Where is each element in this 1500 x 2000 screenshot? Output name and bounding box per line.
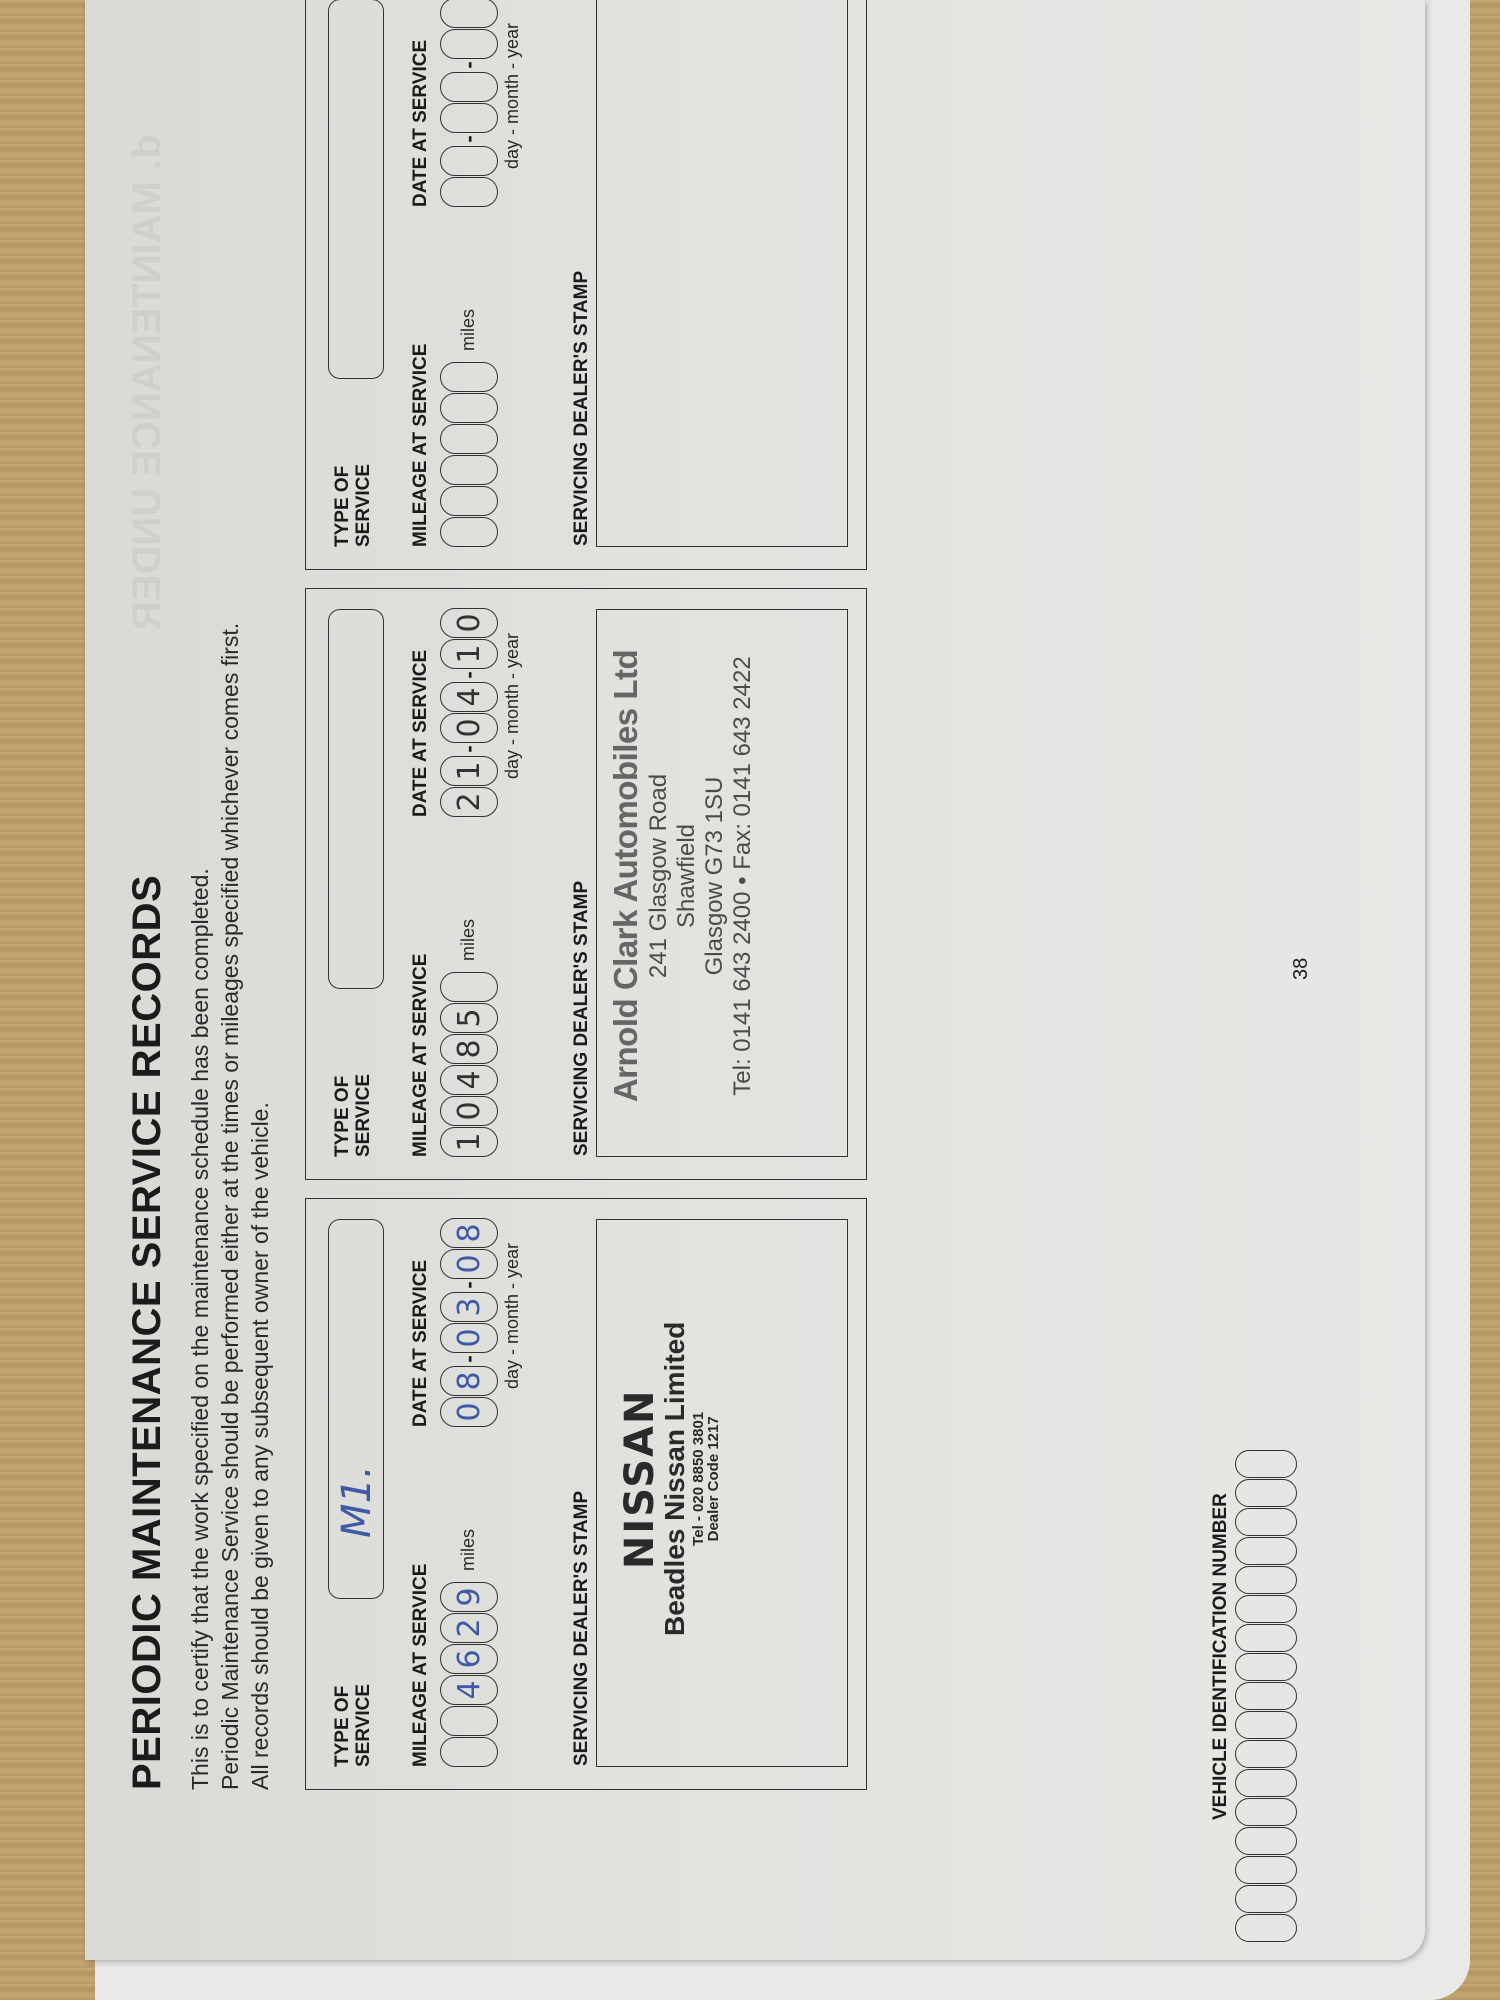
date-separator: - bbox=[440, 133, 498, 145]
date-format-hint: day - month - year bbox=[502, 633, 523, 779]
mileage-digit-boxes: 10485 bbox=[440, 971, 498, 1157]
vin-character-box[interactable] bbox=[1235, 1566, 1297, 1594]
nissan-dealer-stamp: NISSANBeadles Nissan LimitedTel - 020 88… bbox=[617, 1322, 721, 1636]
service-record: TYPE OF SERVICEMILEAGE AT SERVICEDATE AT… bbox=[305, 0, 867, 570]
date-digit[interactable] bbox=[440, 72, 498, 102]
mileage-digit-boxes bbox=[440, 361, 498, 547]
date-format-hint: day - month - year bbox=[502, 23, 523, 169]
vin-input-boxes bbox=[1235, 1449, 1297, 1942]
date-digit[interactable] bbox=[440, 29, 498, 59]
date-digit[interactable] bbox=[440, 103, 498, 133]
type-of-service-label: TYPE OF SERVICE bbox=[332, 1074, 374, 1157]
mileage-digit[interactable] bbox=[440, 362, 498, 392]
mileage-digit[interactable] bbox=[440, 455, 498, 485]
rotated-content: PERIODIC MAINTENANCE SERVICE RECORDS d. … bbox=[85, 0, 1425, 1960]
mileage-digit[interactable] bbox=[440, 424, 498, 454]
vin-character-box[interactable] bbox=[1235, 1798, 1297, 1826]
date-digit[interactable]: 0 bbox=[440, 1397, 498, 1427]
mileage-digit[interactable]: 2 bbox=[440, 1613, 498, 1643]
dealer-stamp-label: SERVICING DEALER'S STAMP bbox=[571, 1491, 593, 1766]
mileage-digit[interactable] bbox=[440, 972, 498, 1002]
bleed-through-title: d. MAINTENANCE UNDER bbox=[125, 134, 170, 630]
date-separator: - bbox=[440, 59, 498, 71]
miles-unit: miles bbox=[458, 919, 479, 961]
page-number: 38 bbox=[1290, 958, 1313, 980]
dealer-stamp-box: SERVICING DEALER'S STAMPNISSANBeadles Ni… bbox=[596, 1219, 848, 1767]
date-label: DATE AT SERVICE bbox=[410, 1260, 431, 1427]
mileage-digit[interactable] bbox=[440, 393, 498, 423]
date-separator: - bbox=[440, 1279, 498, 1291]
dealer-phone: Tel - 020 8850 3801 bbox=[691, 1322, 706, 1636]
date-label: DATE AT SERVICE bbox=[410, 40, 431, 207]
vin-character-box[interactable] bbox=[1235, 1624, 1297, 1652]
service-record: TYPE OF SERVICEM1.MILEAGE AT SERVICEDATE… bbox=[305, 1198, 867, 1790]
type-of-service-label: TYPE OF SERVICE bbox=[332, 464, 374, 547]
dealer-name: Arnold Clark Automobiles Ltd bbox=[607, 616, 645, 1136]
vin-character-box[interactable] bbox=[1235, 1740, 1297, 1768]
vin-character-box[interactable] bbox=[1235, 1508, 1297, 1536]
page-title: PERIODIC MAINTENANCE SERVICE RECORDS bbox=[125, 875, 170, 1790]
mileage-label: MILEAGE AT SERVICE bbox=[410, 344, 431, 547]
intro-text: This is to certify that the work specifi… bbox=[185, 623, 275, 1790]
dealer-stamp-label: SERVICING DEALER'S STAMP bbox=[571, 271, 593, 546]
mileage-digit[interactable] bbox=[440, 1706, 498, 1736]
dealer-address-line: Shawfield bbox=[673, 616, 701, 1136]
mileage-digit[interactable]: 6 bbox=[440, 1644, 498, 1674]
vin-character-box[interactable] bbox=[1235, 1827, 1297, 1855]
vin-character-box[interactable] bbox=[1235, 1914, 1297, 1942]
dealer-name: Beadles Nissan Limited bbox=[659, 1322, 691, 1636]
date-digit[interactable] bbox=[440, 146, 498, 176]
mileage-digit[interactable]: 1 bbox=[440, 1127, 498, 1157]
date-digit[interactable]: 0 bbox=[440, 713, 498, 743]
date-digit-boxes: 21-04-10 bbox=[440, 607, 498, 817]
vin-character-box[interactable] bbox=[1235, 1595, 1297, 1623]
dealer-address-line: Tel: 0141 643 2400 • Fax: 0141 643 2422 bbox=[729, 616, 757, 1136]
date-digit[interactable]: 2 bbox=[440, 787, 498, 817]
date-digit[interactable]: 4 bbox=[440, 682, 498, 712]
date-digit[interactable]: 0 bbox=[440, 608, 498, 638]
dealer-stamp-box: SERVICING DEALER'S STAMPArnold Clark Aut… bbox=[596, 609, 848, 1157]
mileage-digit-boxes: 4629 bbox=[440, 1581, 498, 1767]
service-record: TYPE OF SERVICEMILEAGE AT SERVICEDATE AT… bbox=[305, 588, 867, 1180]
date-digit[interactable]: 0 bbox=[440, 1323, 498, 1353]
date-digit[interactable]: 8 bbox=[440, 1218, 498, 1248]
dealer-stamp-label: SERVICING DEALER'S STAMP bbox=[571, 881, 593, 1156]
mileage-digit[interactable] bbox=[440, 1737, 498, 1767]
date-digit[interactable]: 1 bbox=[440, 639, 498, 669]
mileage-digit[interactable]: 0 bbox=[440, 1096, 498, 1126]
type-of-service-field[interactable]: M1. bbox=[328, 1219, 384, 1599]
mileage-digit[interactable]: 8 bbox=[440, 1034, 498, 1064]
date-separator: - bbox=[440, 1353, 498, 1365]
type-of-service-label: TYPE OF SERVICE bbox=[332, 1684, 374, 1767]
date-digit[interactable]: 8 bbox=[440, 1366, 498, 1396]
type-of-service-field[interactable] bbox=[328, 609, 384, 989]
date-digit[interactable] bbox=[440, 177, 498, 207]
date-digit[interactable] bbox=[440, 0, 498, 28]
vin-character-box[interactable] bbox=[1235, 1653, 1297, 1681]
miles-unit: miles bbox=[458, 1529, 479, 1571]
mileage-digit[interactable]: 9 bbox=[440, 1582, 498, 1612]
miles-unit: miles bbox=[458, 309, 479, 351]
mileage-digit[interactable]: 4 bbox=[440, 1675, 498, 1705]
date-separator: - bbox=[440, 743, 498, 755]
mileage-digit[interactable] bbox=[440, 486, 498, 516]
vin-character-box[interactable] bbox=[1235, 1682, 1297, 1710]
dealer-address-line: Glasgow G73 1SU bbox=[701, 616, 729, 1136]
dealer-stamp-box: SERVICING DEALER'S STAMP bbox=[596, 0, 848, 547]
vin-character-box[interactable] bbox=[1235, 1479, 1297, 1507]
dealer-code: Dealer Code 1217 bbox=[706, 1322, 721, 1636]
vin-character-box[interactable] bbox=[1235, 1856, 1297, 1884]
type-of-service-field[interactable] bbox=[328, 0, 384, 379]
vin-label: VEHICLE IDENTIFICATION NUMBER bbox=[1210, 1493, 1232, 1820]
nissan-logo: NISSAN bbox=[617, 1322, 663, 1636]
vin-character-box[interactable] bbox=[1235, 1769, 1297, 1797]
date-digit[interactable]: 0 bbox=[440, 1249, 498, 1279]
mileage-label: MILEAGE AT SERVICE bbox=[410, 1564, 431, 1767]
mileage-digit[interactable]: 4 bbox=[440, 1065, 498, 1095]
date-digit-boxes: 08-03-08 bbox=[440, 1217, 498, 1427]
dealer-address-line: 241 Glasgow Road bbox=[645, 616, 673, 1136]
vin-character-box[interactable] bbox=[1235, 1885, 1297, 1913]
mileage-digit[interactable] bbox=[440, 517, 498, 547]
date-label: DATE AT SERVICE bbox=[410, 650, 431, 817]
date-digit[interactable]: 3 bbox=[440, 1292, 498, 1322]
date-separator: - bbox=[440, 669, 498, 681]
date-digit-boxes: -- bbox=[440, 0, 498, 207]
vin-character-box[interactable] bbox=[1235, 1711, 1297, 1739]
booklet-page: PERIODIC MAINTENANCE SERVICE RECORDS d. … bbox=[85, 0, 1425, 1960]
date-format-hint: day - month - year bbox=[502, 1243, 523, 1389]
date-digit[interactable]: 1 bbox=[440, 756, 498, 786]
mileage-digit[interactable]: 5 bbox=[440, 1003, 498, 1033]
mileage-label: MILEAGE AT SERVICE bbox=[410, 954, 431, 1157]
vin-character-box[interactable] bbox=[1235, 1450, 1297, 1478]
arnold-clark-dealer-stamp: Arnold Clark Automobiles Ltd241 Glasgow … bbox=[607, 616, 757, 1136]
vin-character-box[interactable] bbox=[1235, 1537, 1297, 1565]
